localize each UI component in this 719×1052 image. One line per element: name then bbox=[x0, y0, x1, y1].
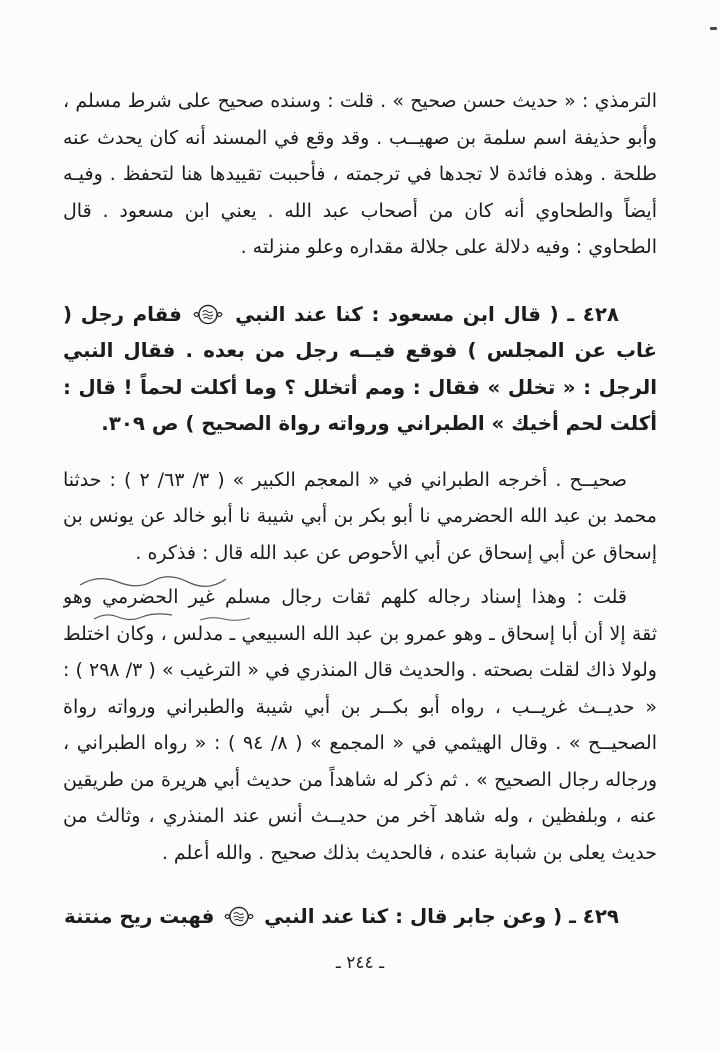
line-text: ٤٢٨ ـ ( قال ابن مسعود : كنا عند النبي bbox=[226, 303, 619, 326]
text-line: محمد بن عبد الله الحضرمي نا أبو بكر بن أ… bbox=[63, 498, 657, 535]
prophet-salutation-icon bbox=[222, 905, 256, 928]
text-line: ٤٢٩ ـ ( وعن جابر قال : كنا عند النبي فهب… bbox=[63, 899, 657, 936]
page-number: ـ ٢٤٤ ـ bbox=[63, 953, 657, 973]
paragraph-hadith-429: ٤٢٩ ـ ( وعن جابر قال : كنا عند النبي فهب… bbox=[63, 899, 657, 936]
text-line: حديث يعلى بن شبابة عنده ، فالحديث بذلك ص… bbox=[63, 835, 657, 872]
text-line: غاب عن المجلس ) فوقع فيــه رجل من بعده .… bbox=[63, 333, 657, 370]
text-line: صحيــح . أخرجه الطبراني في « المعجم الكب… bbox=[63, 462, 657, 499]
text-line: أيضاً والطحاوي أنه كان من أصحاب عبد الله… bbox=[63, 193, 657, 230]
paragraph-commentary: قلت : وهذا إسناد رجاله كلهم ثقات رجال مس… bbox=[63, 579, 657, 871]
scan-edge-artifact bbox=[710, 27, 717, 30]
line-text: غاب عن المجلس ) فوقع فيــه رجل من بعده .… bbox=[63, 339, 657, 362]
text-line: الرجل : « تخلل » فقال : ومم أتخلل ؟ وما … bbox=[63, 370, 657, 407]
text-line: الترمذي : « حديث حسن صحيح » . قلت : وسند… bbox=[63, 83, 657, 120]
text-line: إسحاق عن أبي إسحاق عن أبي الأحوص عن عبد … bbox=[63, 535, 657, 572]
line-text: ٤٢٩ ـ ( وعن جابر قال : كنا عند النبي bbox=[257, 905, 619, 928]
text-line: الصحيــح » . وقال الهيثمي في « المجمع » … bbox=[63, 725, 657, 762]
paragraph-hadith-428: ٤٢٨ ـ ( قال ابن مسعود : كنا عند النبي فق… bbox=[63, 297, 657, 443]
text-line: ورجاله رجال الصحيح » . ثم ذكر له شاهداً … bbox=[63, 762, 657, 799]
text-line: طلحة . وهذه فائدة لا تجدها في ترجمته ، ف… bbox=[63, 156, 657, 193]
prophet-salutation-icon bbox=[191, 303, 225, 326]
text-line: أكلت لحم أخيك » الطبراني ورواته رواة الص… bbox=[63, 406, 657, 443]
text-line: عنه ، وبلفظين ، وله شاهد آخر من حديــث أ… bbox=[63, 798, 657, 835]
text-line: ولولا ذاك لقلت بصحته . والحديث قال المنذ… bbox=[63, 652, 657, 689]
text-line: « حديــث غريــب ، رواه أبو بكــر بن أبي … bbox=[63, 689, 657, 726]
text-line: وأبو حذيفة اسم سلمة بن صهيــب . وقد وقع … bbox=[63, 120, 657, 157]
text-line: الطحاوي : وفيه دلالة على جلالة مقداره وع… bbox=[63, 229, 657, 266]
paragraph-takhrij: صحيــح . أخرجه الطبراني في « المعجم الكب… bbox=[63, 462, 657, 572]
text-line: ٤٢٨ ـ ( قال ابن مسعود : كنا عند النبي فق… bbox=[63, 297, 657, 334]
text-line: قلت : وهذا إسناد رجاله كلهم ثقات رجال مس… bbox=[63, 579, 657, 616]
page-text-block: الترمذي : « حديث حسن صحيح » . قلت : وسند… bbox=[63, 83, 657, 973]
text-line: ثقة إلا أن أبا إسحاق ـ وهو عمرو بن عبد ا… bbox=[63, 616, 657, 653]
paragraph-tirmidhi-comment: الترمذي : « حديث حسن صحيح » . قلت : وسند… bbox=[63, 83, 657, 266]
book-page: الترمذي : « حديث حسن صحيح » . قلت : وسند… bbox=[0, 0, 719, 1052]
